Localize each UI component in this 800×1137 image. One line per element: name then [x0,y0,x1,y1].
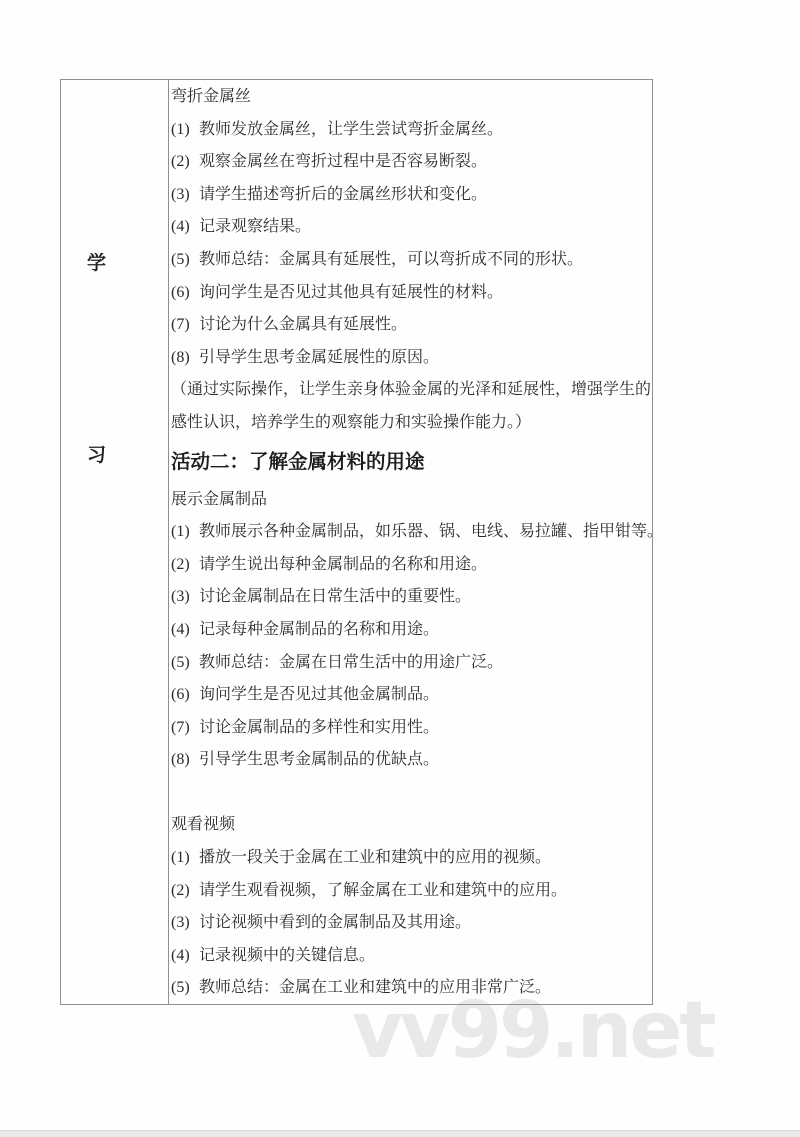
item-text: 讨论为什么金属具有延展性。 [199,316,407,333]
list-item: (6)询问学生是否见过其他具有延展性的材料。 [171,277,652,310]
item-text: 引导学生思考金属制品的优缺点。 [199,751,439,768]
item-text: 记录观察结果。 [199,218,311,235]
item-number: (4) [171,940,199,973]
item-number: (6) [171,277,199,310]
subheading-bend-wire: 弯折金属丝 [171,81,652,114]
item-number: (8) [171,744,199,777]
document-page: vv99.net 学 习 弯折金属丝 (1)教师发放金属丝，让学生尝试弯折金属丝… [0,0,800,1137]
item-number: (3) [171,179,199,212]
item-number: (1) [171,114,199,147]
item-number: (4) [171,614,199,647]
item-number: (2) [171,146,199,179]
item-text: 教师展示各种金属制品，如乐器、锅、电线、易拉罐、指甲钳等。 [199,523,663,540]
table-column-divider [168,80,169,1004]
subheading-watch-video: 观看视频 [171,809,652,842]
list-item: (4)记录观察结果。 [171,211,652,244]
side-label-xi: 习 [87,440,127,467]
item-number: (6) [171,679,199,712]
item-text: 播放一段关于金属在工业和建筑中的应用的视频。 [199,849,551,866]
list-item: (1)教师发放金属丝，让学生尝试弯折金属丝。 [171,114,652,147]
item-text: 教师总结：金属在工业和建筑中的应用非常广泛。 [199,979,551,996]
lesson-plan-table: 学 习 弯折金属丝 (1)教师发放金属丝，让学生尝试弯折金属丝。 (2)观察金属… [60,79,653,1005]
item-text: 询问学生是否见过其他具有延展性的材料。 [199,284,503,301]
list-item: (8)引导学生思考金属延展性的原因。 [171,342,652,375]
item-text: 请学生说出每种金属制品的名称和用途。 [199,556,487,573]
item-text: 请学生描述弯折后的金属丝形状和变化。 [199,186,487,203]
activity1-note: （通过实际操作，让学生亲身体验金属的光泽和延展性，增强学生的感性认识，培养学生的… [171,374,652,439]
list-item: (3)请学生描述弯折后的金属丝形状和变化。 [171,179,652,212]
item-text: 询问学生是否见过其他金属制品。 [199,686,439,703]
list-item: (8)引导学生思考金属制品的优缺点。 [171,744,652,777]
list-item: (4)记录每种金属制品的名称和用途。 [171,614,652,647]
item-text: 观察金属丝在弯折过程中是否容易断裂。 [199,153,487,170]
list-item: (4)记录视频中的关键信息。 [171,940,652,973]
item-text: 讨论金属制品的多样性和实用性。 [199,719,439,736]
list-item: (2)观察金属丝在弯折过程中是否容易断裂。 [171,146,652,179]
list-item: (7)讨论为什么金属具有延展性。 [171,309,652,342]
list-item: (1)教师展示各种金属制品，如乐器、锅、电线、易拉罐、指甲钳等。 [171,516,652,549]
subheading-show-products: 展示金属制品 [171,484,652,517]
list-item: (5)教师总结：金属具有延展性，可以弯折成不同的形状。 [171,244,652,277]
item-number: (5) [171,244,199,277]
item-number: (1) [171,842,199,875]
item-text: 教师发放金属丝，让学生尝试弯折金属丝。 [199,121,503,138]
item-number: (1) [171,516,199,549]
item-text: 引导学生思考金属延展性的原因。 [199,349,439,366]
item-number: (2) [171,549,199,582]
list-item: (3)讨论视频中看到的金属制品及其用途。 [171,907,652,940]
list-item: (5)教师总结：金属在工业和建筑中的应用非常广泛。 [171,972,652,1005]
blank-line [171,777,652,810]
activity2-heading: 活动二：了解金属材料的用途 [171,440,652,484]
item-number: (4) [171,211,199,244]
item-text: 教师总结：金属具有延展性，可以弯折成不同的形状。 [199,251,583,268]
table-content-cell: 弯折金属丝 (1)教师发放金属丝，让学生尝试弯折金属丝。 (2)观察金属丝在弯折… [171,80,652,1005]
item-text: 请学生观看视频，了解金属在工业和建筑中的应用。 [199,882,567,899]
page-bottom-strip [0,1130,800,1137]
item-text: 讨论金属制品在日常生活中的重要性。 [199,588,471,605]
item-number: (7) [171,712,199,745]
list-item: (6)询问学生是否见过其他金属制品。 [171,679,652,712]
item-number: (3) [171,907,199,940]
item-text: 讨论视频中看到的金属制品及其用途。 [199,914,471,931]
list-item: (2)请学生说出每种金属制品的名称和用途。 [171,549,652,582]
item-number: (8) [171,342,199,375]
list-item: (1)播放一段关于金属在工业和建筑中的应用的视频。 [171,842,652,875]
item-text: 记录视频中的关键信息。 [199,947,375,964]
item-number: (2) [171,875,199,908]
item-number: (5) [171,647,199,680]
list-item: (2)请学生观看视频，了解金属在工业和建筑中的应用。 [171,875,652,908]
item-text: 教师总结：金属在日常生活中的用途广泛。 [199,654,503,671]
list-item: (7)讨论金属制品的多样性和实用性。 [171,712,652,745]
list-item: (5)教师总结：金属在日常生活中的用途广泛。 [171,647,652,680]
item-text: 记录每种金属制品的名称和用途。 [199,621,439,638]
item-number: (3) [171,581,199,614]
side-label-xue: 学 [87,248,127,275]
item-number: (7) [171,309,199,342]
list-item: (3)讨论金属制品在日常生活中的重要性。 [171,581,652,614]
item-number: (5) [171,972,199,1005]
